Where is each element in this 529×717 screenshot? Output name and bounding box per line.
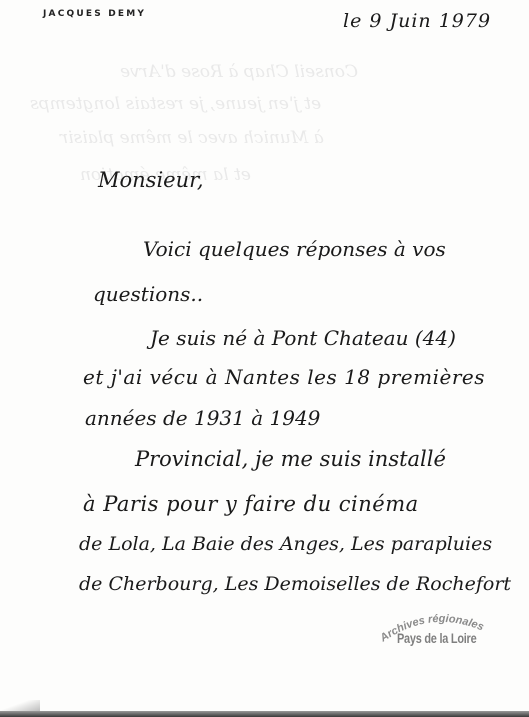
letter-line: à Paris pour y faire du cinéma [83, 492, 419, 516]
letter-line: questions.. [93, 282, 203, 306]
archives-watermark: Archives régionales Pays de la Loire [375, 608, 505, 668]
page-bottom-edge [0, 711, 529, 717]
letter-page: JACQUES DEMY le 9 Juin 1979 Conseil Chap… [0, 0, 529, 711]
bleed-through-line: à Munich avec le même plaisir [60, 128, 324, 148]
bleed-through-line: et j'en jeune, je restais longtemps [30, 94, 321, 114]
letter-line: années de 1931 à 1949 [85, 406, 320, 430]
letter-line: de Cherbourg, Les Demoiselles de Rochefo… [79, 573, 511, 595]
letter-date: le 9 Juin 1979 [343, 10, 491, 32]
page-edge-shadow [0, 700, 40, 711]
letter-line: et j'ai vécu à Nantes les 18 premières [83, 365, 485, 389]
letter-line: Voici quelques réponses à vos [143, 237, 446, 261]
letter-line: Provincial, je me suis installé [135, 447, 446, 471]
letter-line: Je suis né à Pont Chateau (44) [150, 326, 456, 350]
bleed-through-line: Conseil Chap à Rose d'Arve [120, 62, 358, 82]
watermark-main-text: Pays de la Loire [397, 630, 476, 646]
letter-line: de Lola, La Baie des Anges, Les paraplui… [79, 533, 492, 555]
letter-salutation: Monsieur, [98, 168, 204, 192]
letterhead-name: JACQUES DEMY [43, 9, 146, 19]
